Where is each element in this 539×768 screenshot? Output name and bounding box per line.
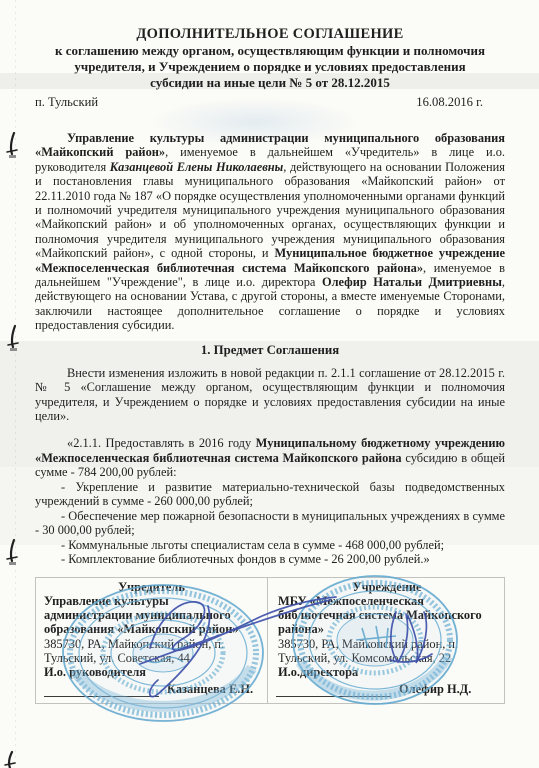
- institution-signature-row: Олефир Н.Д.: [276, 682, 498, 696]
- subsidy-item: - Комплектование библиотечных фондов в с…: [35, 552, 505, 567]
- founder-column-header: Учредитель: [44, 580, 259, 594]
- founder-org: Управление культуры администрации муници…: [44, 594, 259, 637]
- signatures-table: Учредитель Управление культуры администр…: [35, 577, 505, 704]
- founder-column: Учредитель Управление культуры администр…: [36, 578, 268, 703]
- founder-address: 385730, РА, Майкопский район, п. Тульски…: [44, 637, 259, 665]
- institution-column: Учреждение МБУ «Межпоселенческая библиот…: [268, 578, 504, 703]
- founder-signer-name: Казанцева Е.Н.: [167, 682, 253, 696]
- institution-head-name: Олефир Натальи Дмитриевны: [322, 275, 502, 289]
- institution-column-header: Учреждение: [278, 580, 496, 594]
- binding-staple-icon: [5, 752, 15, 768]
- clause-paragraph: «2.1.1. Предоставлять в 2016 году Муници…: [35, 436, 505, 479]
- institution-role: И.о.директора: [278, 665, 496, 679]
- date-label: 16.08.2016 г.: [416, 95, 483, 110]
- institution-org: МБУ «Межпоселенческая библиотечная систе…: [278, 594, 496, 637]
- signature-line: [44, 685, 159, 697]
- place-date-row: п. Тульский 16.08.2016 г.: [35, 95, 505, 110]
- subsidy-item: - Укрепление и развитие материально-техн…: [35, 480, 505, 509]
- signature-line: [276, 685, 391, 697]
- subsidy-item: - Коммунальные льготы специалистам села …: [35, 538, 505, 553]
- preamble-text: , действующего на основании Положения и …: [35, 160, 505, 260]
- institution-signer-name: Олефир Н.Д.: [399, 682, 471, 696]
- founder-head-name: Казанцевой Елены Николаевны: [110, 160, 283, 174]
- document-content: ДОПОЛНИТЕЛЬНОЕ СОГЛАШЕНИЕ к соглашению м…: [0, 0, 539, 704]
- founder-role: И.о. руководителя: [44, 665, 259, 679]
- subsidy-item: - Обеспечение мер пожарной безопасности …: [35, 509, 505, 538]
- document-title: ДОПОЛНИТЕЛЬНОЕ СОГЛАШЕНИЕ: [35, 26, 505, 43]
- scanned-document-page: ДОПОЛНИТЕЛЬНОЕ СОГЛАШЕНИЕ к соглашению м…: [0, 0, 539, 768]
- preamble-paragraph: Управление культуры администрации муници…: [35, 131, 505, 333]
- document-title-block: ДОПОЛНИТЕЛЬНОЕ СОГЛАШЕНИЕ к соглашению м…: [35, 26, 505, 91]
- document-subtitle-line: субсидии на иные цели № 5 от 28.12.2015: [35, 75, 505, 91]
- section-heading: 1. Предмет Соглашения: [35, 342, 505, 358]
- document-subtitle-line: учредителя, и Учреждением о порядке и ус…: [35, 59, 505, 75]
- founder-signature-row: Казанцева Е.Н.: [44, 682, 261, 696]
- amendment-paragraph: Внести изменения изложить в новой редакц…: [35, 366, 505, 424]
- place-label: п. Тульский: [35, 95, 98, 110]
- document-subtitle-line: к соглашению между органом, осуществляющ…: [35, 43, 505, 59]
- institution-address: 385730, РА, Майкопский район, п. Тульски…: [278, 637, 496, 665]
- subsidy-items-list: - Укрепление и развитие материально-техн…: [35, 480, 505, 567]
- clause-text: «2.1.1. Предоставлять в 2016 году: [67, 436, 256, 450]
